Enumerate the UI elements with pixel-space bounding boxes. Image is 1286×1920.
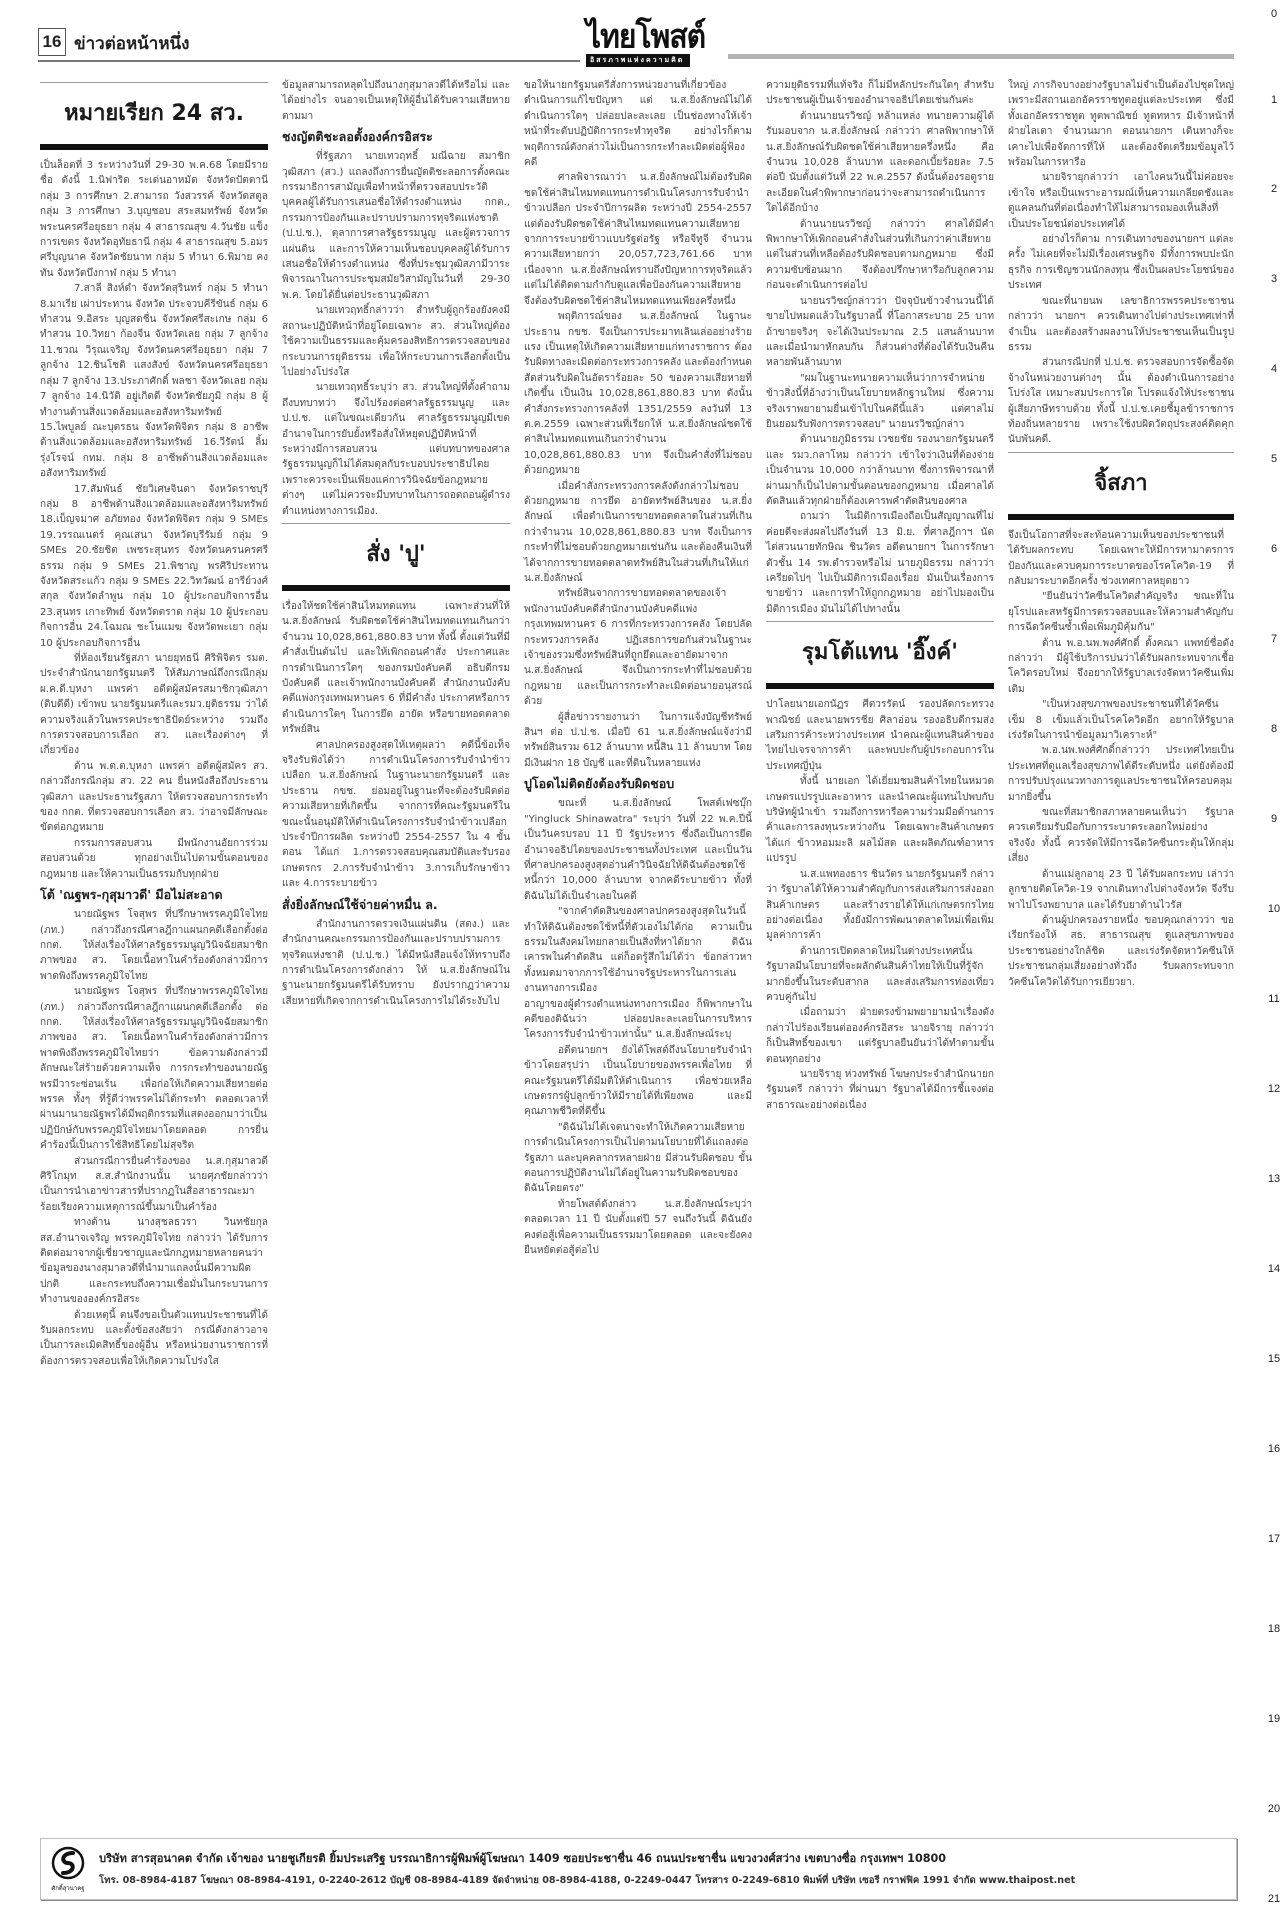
paragraph: ขณะที่นายนพ เลขาธิการพรรคประชาชน กล่าวว่… — [1008, 294, 1234, 356]
ruler-mark: 1 — [1262, 94, 1286, 106]
paragraph: ความยุติธรรมที่แท้จริง ก็ไม่มีหลักประกัน… — [766, 78, 994, 109]
ruler-mark: 18 — [1262, 1623, 1286, 1635]
header-divider — [728, 54, 1234, 59]
paragraph: สำนักงานการตรวจเงินแผ่นดิน (สตง.) และสำน… — [282, 917, 510, 1009]
ruler-mark: 16 — [1262, 1443, 1286, 1455]
newspaper-logo: ไทยโพสต์ อิสรภาพแห่งความคิด — [586, 20, 716, 64]
section-title: ข่าวต่อหน้าหนึ่ง — [74, 30, 189, 57]
paragraph: น.ส.แพทองธาร ชินวัตร นายกรัฐมนตรี กล่าวว… — [766, 867, 994, 944]
paragraph: นายเทวฤทธิ์ระบุว่า สว. ส่วนใหญ่ที่ตั้งคำ… — [282, 380, 510, 519]
headline-ji-sapha: จิ้สภา — [1008, 452, 1234, 520]
paragraph: ใหญ่ ภารกิจบางอย่างรัฐบาลไม่จำเป็นต้องไป… — [1008, 78, 1234, 170]
paragraph: ศาลพิจารณาว่า น.ส.ยิ่งลักษณ์ไม่ต้องรับผิ… — [524, 170, 752, 309]
ruler-mark: 4 — [1262, 363, 1286, 375]
column-2: ข้อมูลสามารถหลุดไปถึงนางกุสุมาลวดีได้หรื… — [282, 78, 510, 1009]
publisher-imprint: ศักดิ์สุวนาคฐ บริษัท สารสุอนาคต จำกัด เจ… — [40, 1838, 1237, 1900]
paragraph: 7.สาลี สิงห์ดำ จังหวัดสุรินทร์ กลุ่ม 5 ท… — [40, 281, 268, 481]
headline-defend-ing: รุมโต้แทน 'อิ๊งค์' — [766, 621, 994, 689]
paragraph: นายนรวิชญ์กล่าวว่า ปัจจุบันข้าวจำนวนนี้ไ… — [766, 294, 994, 371]
paragraph: ปาโลยนายเอกนัฏร ศีตวรรัตน์ รองปลัดกระทรว… — [766, 697, 994, 774]
page-number: 16 — [38, 28, 66, 56]
paragraph: ผู้สื่อข่าวรายงานว่า ในการแจ้งบัญชีทรัพย… — [524, 710, 752, 772]
paragraph: ที่รัฐสภา นายเทวฤทธิ์ มณีฉาย สมาชิกวุฒิส… — [282, 149, 510, 303]
paragraph: ขอให้นายกรัฐมนตรีสั่งการหน่วยงานที่เกี่ย… — [524, 78, 752, 170]
line-number-ruler: 0 1 2 3 4 5 6 7 8 9 10 11 12 13 14 15 16… — [1262, 0, 1286, 1920]
paragraph: ขณะที่ น.ส.ยิ่งลักษณ์ โพสต์เฟซบุ๊ก "Ying… — [524, 796, 752, 904]
publisher-logo-icon: ศักดิ์สุวนาคฐ — [51, 1845, 85, 1893]
publisher-contacts: โทร. 08-8984-4187 โฆษณา 08-8984-4191, 0-… — [99, 1873, 1075, 1888]
ruler-mark: 8 — [1262, 723, 1286, 735]
paragraph: พ.อ.นพ.พงศ์ศักดิ์กล่าวว่า ประเทศไทยเป็นป… — [1008, 743, 1234, 805]
brand-name: ไทยโพสต์ — [586, 20, 716, 55]
paragraph: "ดิฉันไม่ได้เจตนาจะทำให้เกิดความเสียหาย … — [524, 1120, 752, 1197]
ruler-mark: 5 — [1262, 453, 1286, 465]
paragraph: "เป็นห่วงสุขภาพของประชาชนที่ได้วัคซีนเข็… — [1008, 697, 1234, 743]
ruler-mark: 14 — [1262, 1263, 1286, 1275]
header-divider — [38, 60, 580, 62]
paragraph: ด้าน พ.ต.ต.บุหงา แพรค่า อดีตผู้สมัคร สว.… — [40, 759, 268, 836]
ruler-mark: 19 — [1262, 1713, 1286, 1725]
paragraph: นายจิรายุ ห่วงทรัพย์ โฆษกประจำสำนักนายกร… — [766, 1067, 994, 1113]
paragraph: อดีตนายกฯ ยังได้โพสต์ถึงนโยบายรับจำนำข้า… — [524, 1043, 752, 1120]
subheading: สั่งยิ่งลักษณ์ใช้จ่ายค่าหมื่น ล. — [282, 895, 510, 915]
paragraph: ด้านนายภูมิธรรม เวชยชัย รองนายกรัฐมนตรีแ… — [766, 432, 994, 509]
paragraph: ถามว่า ในมิติการเมืองถือเป็นสัญญาณที่ไม่… — [766, 509, 994, 617]
column-3: ขอให้นายกรัฐมนตรีสั่งการหน่วยงานที่เกี่ย… — [524, 78, 752, 1258]
page-header: 16 ข่าวต่อหน้าหนึ่ง ไทยโพสต์ อิสรภาพแห่ง… — [38, 20, 1234, 62]
paragraph: ขณะที่สมาชิกสภาหลายคนเห็นว่า รัฐบาลควรเต… — [1008, 805, 1234, 867]
paragraph: ส่วนกรณีการยื่นคำร้องของ น.ส.กุสุมาลวดี … — [40, 1154, 268, 1216]
paragraph: "จากคำตัดสินของศาลปกครองสูงสุดในวันนี้ ท… — [524, 904, 752, 996]
ruler-mark: 15 — [1262, 1353, 1286, 1365]
paragraph: เรื่องให้ชดใช้ค่าสินไหมทดแทน เฉพาะส่วนที… — [282, 599, 510, 738]
column-5: ใหญ่ ภารกิจบางอย่างรัฐบาลไม่จำเป็นต้องไป… — [1008, 78, 1234, 990]
subheading: ชงญัตติชะลอตั้งองค์กรอิสระ — [282, 127, 510, 147]
paragraph: ด้วยเหตุนี้ ตนจึงขอเป็นตัวแทนประชาชนที่ไ… — [40, 1308, 268, 1370]
ruler-mark: 10 — [1262, 903, 1286, 915]
ruler-mark: 11 — [1262, 993, 1286, 1005]
ruler-mark: 0 — [1262, 8, 1286, 20]
paragraph: จึงเป็นโอกาสที่จะสะท้อนความเห็นของประชาช… — [1008, 528, 1234, 590]
paragraph: ทรัพย์สินจากการขายทอดตลาดของเจ้าพนักงานบ… — [524, 586, 752, 709]
paragraph: ด้านแม่ลูกอายุ 23 ปี ได้รับผลกระทบ เล่าว… — [1008, 867, 1234, 913]
paragraph: นายเทวฤทธิ์กล่าวว่า สำหรับผู้ถูกร้องยังค… — [282, 303, 510, 380]
paragraph: 17.สัมพันธ์ ชัยวิเศษจินดา จังหวัดราชบุรี… — [40, 482, 268, 651]
paragraph: นายณัฐพร โจสุพร ที่ปรึกษาพรรคภูมิใจไทย (… — [40, 984, 268, 1153]
paragraph: พฤติการณ์ของ น.ส.ยิ่งลักษณ์ ในฐานะประธาน… — [524, 309, 752, 478]
svg-text:ศักดิ์สุวนาคฐ: ศักดิ์สุวนาคฐ — [51, 1883, 84, 1892]
ruler-mark: 17 — [1262, 1533, 1286, 1545]
column-4: ความยุติธรรมที่แท้จริง ก็ไม่มีหลักประกัน… — [766, 78, 994, 1113]
paragraph: กรรมการสอบสวน มีพนักงานอัยการร่วมสอบสวนด… — [40, 836, 268, 882]
paragraph: ด้านนายนรวิชญ์ กล่าวว่า ศาลได้มีคำพิพากษ… — [766, 217, 994, 294]
paragraph: "ผมในฐานะทนายความเห็นว่าการจำหน่ายข้าวสิ… — [766, 371, 994, 433]
paragraph: ด้านการเปิดตลาดใหม่ในต่างประเทศนั้น รัฐบ… — [766, 944, 994, 1006]
paragraph: เมื่อคำสั่งกระทรวงการคลังดังกล่าวไม่ชอบด… — [524, 479, 752, 587]
paragraph: ทั้งนี้ นายเอก ได้เยี่ยมชมสินค้าไทยในหมว… — [766, 774, 994, 866]
paragraph: เมื่อถามว่า ฝ่ายตรงข้ามพยายามนำเรื่องดัง… — [766, 1005, 994, 1067]
headline-summons-24-senators: หมายเรียก 24 สว. — [40, 82, 268, 150]
paragraph: ทางด้าน นางสุชลธวรา วินทชัยกุล สส.อำนาจเ… — [40, 1215, 268, 1307]
paragraph: ด้านผู้ปกครองรายหนึ่ง ขอบคุณกล่าวว่า ขอเ… — [1008, 913, 1234, 990]
paragraph: ส่วนกรณีปกที่ ป.ป.ช. ตรวจสอบการจัดซื้อจั… — [1008, 355, 1234, 447]
subheading: ปูโอดไม่ติดยังต้องรับผิดชอบ — [524, 774, 752, 794]
paragraph: ศาลปกครองสูงสุดให้เหตุผลว่า คดีนี้ข้อเท็… — [282, 738, 510, 892]
paragraph: "ยืนยันว่าวัคซีนโควิดสำคัญจริง ขณะที่ในย… — [1008, 589, 1234, 635]
paragraph: ด้านนายนรวิชญ์ หล้าแหล่ง ทนายความผู้ได้ร… — [766, 109, 994, 217]
ruler-mark: 13 — [1262, 1173, 1286, 1185]
subheading: โต้ 'ณฐพร-กุสุมาวดี' มีอไม่สะอาด — [40, 885, 268, 905]
headline-order-pu: สั่ง 'ปู' — [282, 523, 510, 591]
paragraph: อย่างไรก็ตาม การเดินทางของนายกฯ แต่ละครั… — [1008, 232, 1234, 294]
ruler-mark: 20 — [1262, 1803, 1286, 1815]
paragraph: อาญาของผู้ดำรงตำแหน่งทางการเมือง ก็พิพาก… — [524, 997, 752, 1043]
paragraph: ที่ห้องเรียนรัฐสภา นายยุทธนี ศิริพิจิตร … — [40, 651, 268, 759]
ruler-mark: 12 — [1262, 1083, 1286, 1095]
ruler-mark: 9 — [1262, 813, 1286, 825]
paragraph: ท้ายโพสต์ดังกล่าว น.ส.ยิ่งลักษณ์ระบุว่า … — [524, 1197, 752, 1259]
paragraph: ด้าน พ.อ.นพ.พงศ์ศักดิ์ ตั้งคณา แพทย์ชื่อ… — [1008, 636, 1234, 698]
ruler-mark: 21 — [1262, 1893, 1286, 1905]
ruler-mark: 2 — [1262, 183, 1286, 195]
paragraph: นายจิรายุกล่าวว่า เอาไงคนวันนี้ไม่ค่อยจะ… — [1008, 170, 1234, 232]
ruler-mark: 3 — [1262, 273, 1286, 285]
paragraph: เป็นล็อตที่ 3 ระหว่างวันที่ 29-30 พ.ค.68… — [40, 158, 268, 281]
paragraph: ข้อมูลสามารถหลุดไปถึงนางกุสุมาลวดีได้หรื… — [282, 78, 510, 124]
ruler-mark: 6 — [1262, 543, 1286, 555]
paragraph: นายณัฐพร โจสุพร ที่ปรึกษาพรรคภูมิใจไทย (… — [40, 907, 268, 984]
ruler-mark: 7 — [1262, 633, 1286, 645]
publisher-address: บริษัท สารสุอนาคต จำกัด เจ้าของ นายชูเกี… — [99, 1849, 946, 1867]
column-1: หมายเรียก 24 สว. เป็นล็อตที่ 3 ระหว่างวั… — [40, 78, 268, 1369]
